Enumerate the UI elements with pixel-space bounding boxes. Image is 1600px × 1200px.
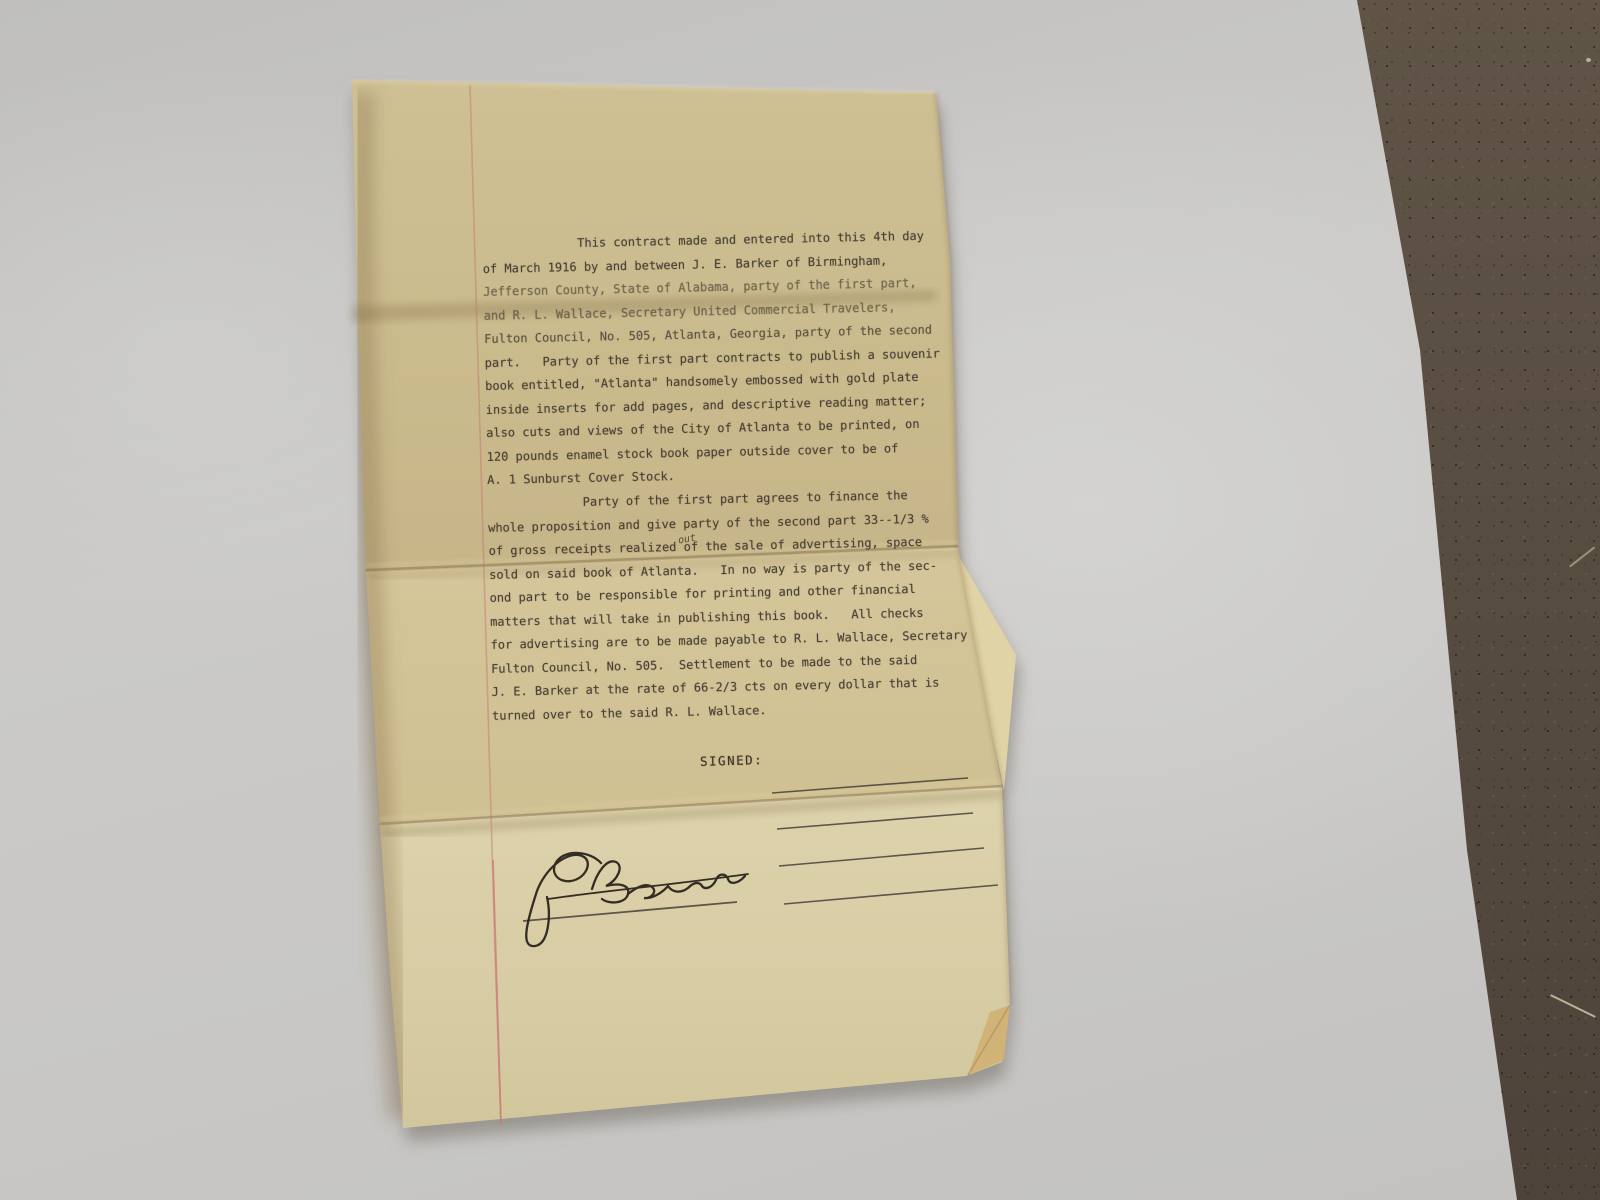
typed-text-block: This contract made and entered into this…	[482, 224, 984, 729]
paper-bottom-panel	[380, 786, 1010, 1128]
signed-label: SIGNED:	[700, 752, 764, 769]
photo-of-contract: This contract made and entered into this…	[0, 0, 1600, 1200]
